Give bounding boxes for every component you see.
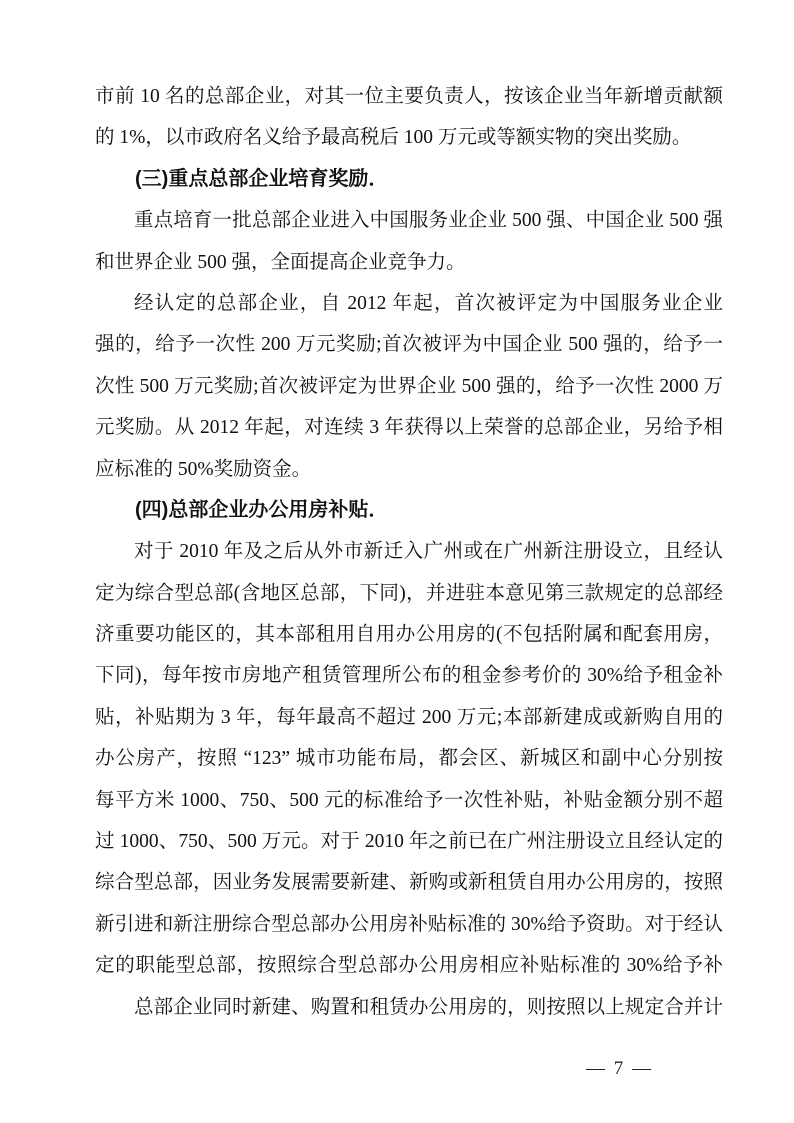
text-line: 强的，给予一次性 200 万元奖励;首次被评为中国企业 500 强的，给予一 xyxy=(95,324,723,365)
text-line: 重点培育一批总部企业进入中国服务业企业 500 强、中国企业 500 强 xyxy=(95,200,723,241)
text-line: 每平方米 1000、750、500 元的标准给予一次性补贴，补贴金额分别不超 xyxy=(95,780,723,821)
text-line: 新引进和新注册综合型总部办公用房补贴标准的 30%给予资助。对于经认 xyxy=(95,904,723,945)
text-line: 和世界企业 500 强，全面提高企业竞争力。 xyxy=(95,242,723,283)
text-line: 定的职能型总部，按照综合型总部办公用房相应补贴标准的 30%给予补贴。 xyxy=(95,945,723,986)
text-line: 对于 2010 年及之后从外市新迁入广州或在广州新注册设立，且经认 xyxy=(95,531,723,572)
document-page: 市前 10 名的总部企业，对其一位主要负责人，按该企业当年新增贡献额的 1%，以… xyxy=(0,0,794,1123)
section-heading: (三)重点总部企业培育奖励． xyxy=(95,159,723,200)
text-line: 过 1000、750、500 万元。对于 2010 年之前已在广州注册设立且经认… xyxy=(95,821,723,862)
text-line: 元奖励。从 2012 年起，对连续 3 年获得以上荣誉的总部企业，另给予相 xyxy=(95,407,723,448)
text-line: 贴，补贴期为 3 年，每年最高不超过 200 万元;本部新建成或新购自用的 xyxy=(95,697,723,738)
text-line: 次性 500 万元奖励;首次被评定为世界企业 500 强的，给予一次性 2000… xyxy=(95,366,723,407)
text-line: 综合型总部，因业务发展需要新建、新购或新租赁自用办公用房的，按照 xyxy=(95,862,723,903)
text-line: 应标准的 50%奖励资金。 xyxy=(95,449,723,490)
text-line: 经认定的总部企业，自 2012 年起，首次被评定为中国服务业企业 500 xyxy=(95,283,723,324)
text-line: 总部企业同时新建、购置和租赁办公用房的，则按照以上规定合并计 xyxy=(95,987,723,1028)
text-line: 济重要功能区的，其本部租用自用办公用房的(不包括附属和配套用房， xyxy=(95,614,723,655)
section-heading: (四)总部企业办公用房补贴． xyxy=(95,490,723,531)
text-line: 下同)，每年按市房地产租赁管理所公布的租金参考价的 30%给予租金补 xyxy=(95,655,723,696)
text-line: 的 1%，以市政府名义给予最高税后 100 万元或等额实物的突出奖励。 xyxy=(95,117,723,158)
text-line: 定为综合型总部(含地区总部，下同)，并进驻本意见第三款规定的总部经 xyxy=(95,573,723,614)
text-line: 市前 10 名的总部企业，对其一位主要负责人，按该企业当年新增贡献额 xyxy=(95,76,723,117)
page-number: — 7 — xyxy=(586,1056,653,1082)
text-line: 办公房产，按照 “123” 城市功能布局，都会区、新城区和副中心分别按 xyxy=(95,738,723,779)
document-body: 市前 10 名的总部企业，对其一位主要负责人，按该企业当年新增贡献额的 1%，以… xyxy=(95,76,723,1028)
